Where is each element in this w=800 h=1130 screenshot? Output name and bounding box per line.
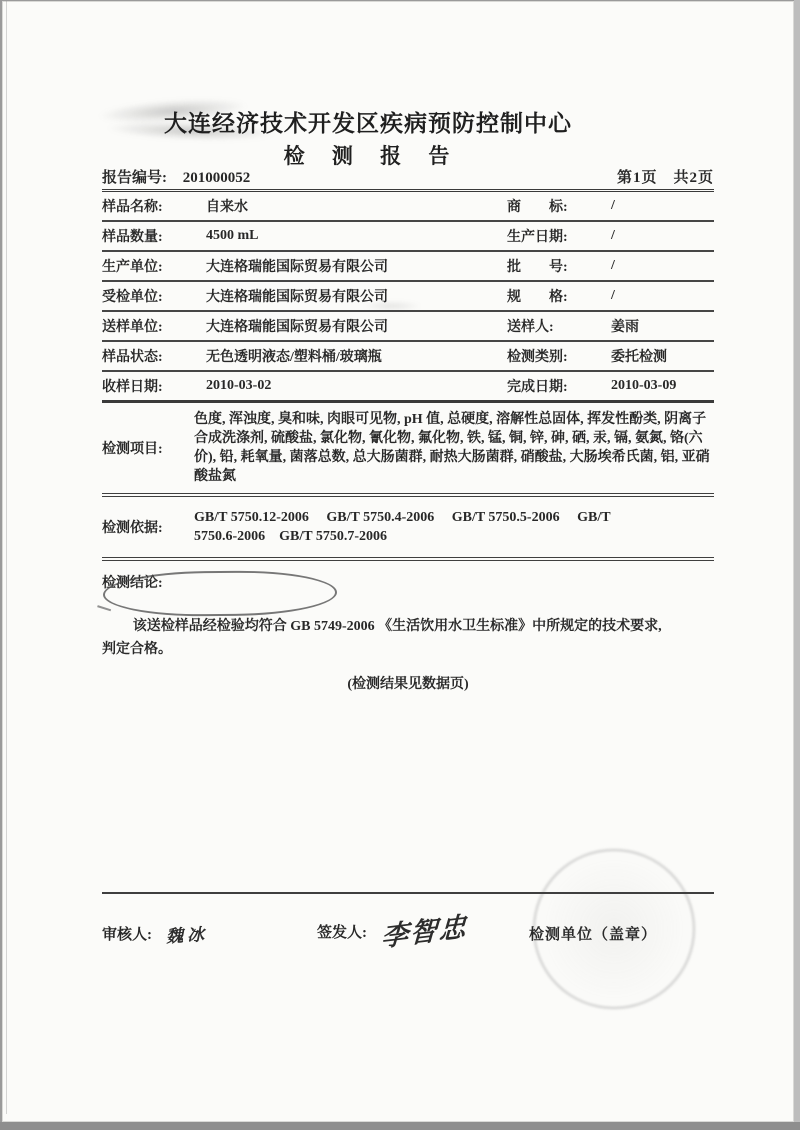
signature-footer: 审核人: 魏冰 签发人: 李智忠 检测单位（盖章） — [102, 892, 714, 946]
scan-border-bottom — [0, 1122, 800, 1130]
info-row-sending-unit: 送样单位: 大连格瑞能国际贸易有限公司 送样人: 姜雨 — [102, 312, 714, 342]
conclusion-paragraph: 该送检样品经检验均符合 GB 5749-2006 《生活饮用水卫生标准》中所规定… — [102, 616, 714, 661]
issuer-signature: 李智忠 — [381, 916, 468, 947]
conclusion-note: (检测结果见数据页) — [102, 673, 714, 693]
field-label: 送样单位: — [102, 316, 194, 336]
info-row-inspected-unit: 受检单位: 大连格瑞能国际贸易有限公司 规 格: / — [102, 282, 714, 312]
field-label: 生产日期: — [507, 226, 599, 246]
field-value: / — [599, 258, 714, 274]
scan-edge-line — [6, 1, 7, 1114]
field-label: 生产单位: — [102, 256, 194, 276]
field-value: 自来水 — [194, 196, 507, 216]
test-items-label: 检测项目: — [102, 438, 194, 458]
scanned-test-report: { "colors": { "ink": "#282828", "rule_li… — [0, 0, 800, 1130]
field-value: / — [599, 228, 714, 244]
field-label: 完成日期: — [507, 376, 599, 396]
report-meta-row: 报告编号: 201000052 第1页 共2页 — [102, 164, 714, 187]
field-value: 大连格瑞能国际贸易有限公司 — [194, 286, 507, 306]
field-value: 无色透明液态/塑料桶/玻璃瓶 — [194, 346, 507, 366]
field-label: 批 号: — [507, 256, 599, 276]
basis-line-1: GB/T 5750.12-2006 GB/T 5750.4-2006 GB/T … — [194, 510, 611, 525]
info-row-sample-state: 样品状态: 无色透明液态/塑料桶/玻璃瓶 检测类别: 委托检测 — [102, 342, 714, 372]
info-row-sample-name: 样品名称: 自来水 商 标: / — [102, 192, 714, 222]
field-label: 送样人: — [507, 316, 599, 336]
report-body: 样品名称: 自来水 商 标: / 样品数量: 4500 mL 生产日期: / 生… — [102, 189, 714, 693]
basis-line-2: 5750.6-2006 GB/T 5750.7-2006 — [194, 529, 387, 544]
test-basis-section: 检测依据: GB/T 5750.12-2006 GB/T 5750.4-2006… — [102, 497, 714, 561]
field-label: 收样日期: — [102, 376, 194, 396]
test-basis-label: 检测依据: — [102, 517, 194, 537]
info-row-producer: 生产单位: 大连格瑞能国际贸易有限公司 批 号: / — [102, 252, 714, 282]
testing-unit-seal-label: 检测单位（盖章） — [529, 921, 657, 944]
reviewer-group: 审核人: 魏冰 — [102, 921, 317, 946]
test-basis-text: GB/T 5750.12-2006 GB/T 5750.4-2006 GB/T … — [194, 501, 714, 553]
field-value: 2010-03-02 — [194, 378, 507, 394]
scan-border-right — [794, 0, 800, 1130]
reviewer-signature: 魏冰 — [165, 920, 208, 947]
field-label: 受检单位: — [102, 286, 194, 306]
page-indicator: 第1页 共2页 — [617, 166, 714, 187]
organization-title: 大连经济技术开发区疾病预防控制中心 — [2, 105, 734, 138]
field-value: 委托检测 — [599, 346, 714, 366]
test-items-text: 色度, 浑浊度, 臭和味, 肉眼可见物, pH 值, 总硬度, 溶解性总固体, … — [194, 403, 714, 493]
issuer-label: 签发人: — [317, 921, 367, 942]
report-number-value: 201000052 — [171, 170, 251, 186]
info-row-sample-quantity: 样品数量: 4500 mL 生产日期: / — [102, 222, 714, 252]
reviewer-label: 审核人: — [102, 923, 152, 944]
document-page: 大连经济技术开发区疾病预防控制中心 检 测 报 告 报告编号: 20100005… — [2, 1, 794, 1122]
issuer-group: 签发人: 李智忠 — [317, 921, 529, 942]
report-number: 报告编号: 201000052 — [102, 166, 250, 187]
field-label: 样品状态: — [102, 346, 194, 366]
field-value: 大连格瑞能国际贸易有限公司 — [194, 256, 507, 276]
conclusion-section: 检测结论: 该送检样品经检验均符合 GB 5749-2006 《生活饮用水卫生标… — [102, 561, 714, 693]
field-value: 姜雨 — [599, 316, 714, 336]
conclusion-label: 检测结论: — [102, 572, 714, 592]
field-value: 大连格瑞能国际贸易有限公司 — [194, 316, 507, 336]
field-label: 检测类别: — [507, 346, 599, 366]
field-label: 样品数量: — [102, 226, 194, 246]
report-number-label: 报告编号: — [102, 170, 167, 186]
field-label: 规 格: — [507, 286, 599, 306]
info-row-dates: 收样日期: 2010-03-02 完成日期: 2010-03-09 — [102, 372, 714, 403]
field-value: / — [599, 198, 714, 214]
field-value: 4500 mL — [194, 228, 507, 244]
field-label: 样品名称: — [102, 196, 194, 216]
field-value: 2010-03-09 — [599, 378, 714, 394]
field-label: 商 标: — [507, 196, 599, 216]
conclusion-line-2: 判定合格。 — [102, 639, 714, 661]
field-value: / — [599, 288, 714, 304]
conclusion-line-1: 该送检样品经检验均符合 GB 5749-2006 《生活饮用水卫生标准》中所规定… — [102, 616, 714, 638]
test-items-section: 检测项目: 色度, 浑浊度, 臭和味, 肉眼可见物, pH 值, 总硬度, 溶解… — [102, 403, 714, 497]
